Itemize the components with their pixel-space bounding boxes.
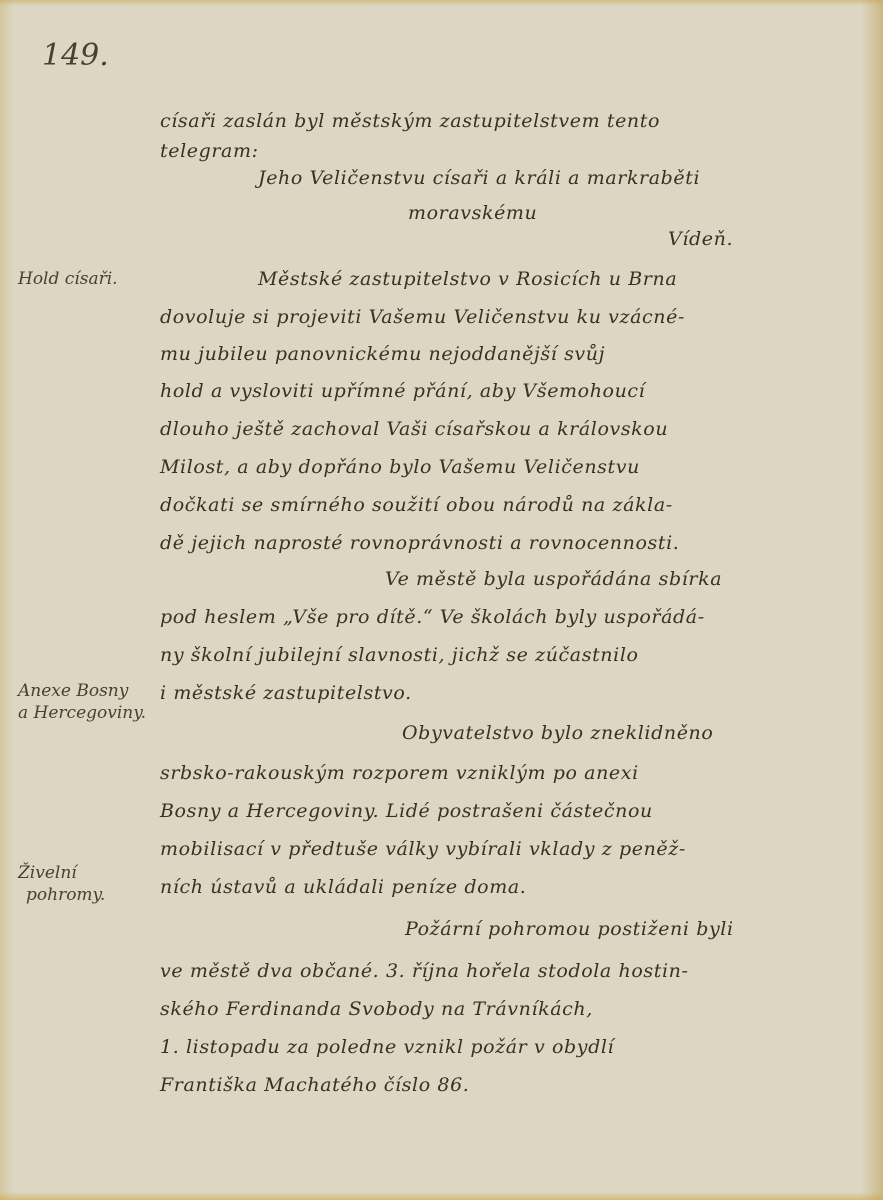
text-line: ve městě dva občané. 3. října hořela sto… [160,960,688,982]
text-line: Milost, a aby dopřáno bylo Vašemu Veliče… [160,456,640,478]
text-line: i městské zastupitelstvo. [160,682,412,704]
page-number: 149. [42,38,109,73]
margin-note-hold-cisari: Hold císaři. [18,268,168,290]
text-line: Františka Machatého číslo 86. [160,1074,469,1096]
text-line: 1. listopadu za poledne vznikl požár v o… [160,1036,614,1058]
margin-note-line: Živelní [18,862,168,884]
text-line: ny školní jubilejní slavnosti, jichž se … [160,644,639,666]
text-line: telegram: [160,140,259,162]
margin-note-line: pohromy. [18,884,168,906]
text-line: Vídeň. [668,228,733,250]
text-line: pod heslem „Vše pro dítě.“ Ve školách by… [160,606,705,628]
margin-note-zivelni-pohromy: Živelní pohromy. [18,862,168,906]
text-line: Obyvatelstvo bylo zneklidněno [402,722,713,744]
text-line: Požární pohromou postiženi byli [405,918,734,940]
text-line: mu jubileu panovnickému nejoddanější svů… [160,343,605,365]
text-line: moravskému [408,202,537,224]
manuscript-page: 149. Hold císaři. Anexe Bosny a Hercegov… [0,0,883,1200]
text-line: hold a vysloviti upřímné přání, aby Všem… [160,380,645,402]
text-line: ského Ferdinanda Svobody na Trávníkách, [160,998,593,1020]
text-line: dočkati se smírného soužití obou národů … [160,494,673,516]
text-line: dlouho ještě zachoval Vaši císařskou a k… [160,418,668,440]
margin-note-line: a Hercegoviny. [18,702,168,724]
text-line: mobilisací v předtuše války vybírali vkl… [160,838,686,860]
margin-note-line: Anexe Bosny [18,680,168,702]
text-line: Městské zastupitelstvo v Rosicích u Brna [258,268,677,290]
text-line: ních ústavů a ukládali peníze doma. [160,876,526,898]
text-line: císaři zaslán byl městským zastupitelstv… [160,110,660,132]
text-line: dovoluje si projeviti Vašemu Veličenstvu… [160,306,685,328]
text-line: Ve městě byla uspořádána sbírka [385,568,722,590]
text-line: Jeho Veličenstvu císaři a králi a markra… [258,167,700,189]
margin-note-anexe-bosny: Anexe Bosny a Hercegoviny. [18,680,168,724]
text-line: dě jejich naprosté rovnoprávnosti a rovn… [160,532,679,554]
text-line: Bosny a Hercegoviny. Lidé postrašeni čás… [160,800,653,822]
text-line: srbsko-rakouským rozporem vzniklým po an… [160,762,639,784]
